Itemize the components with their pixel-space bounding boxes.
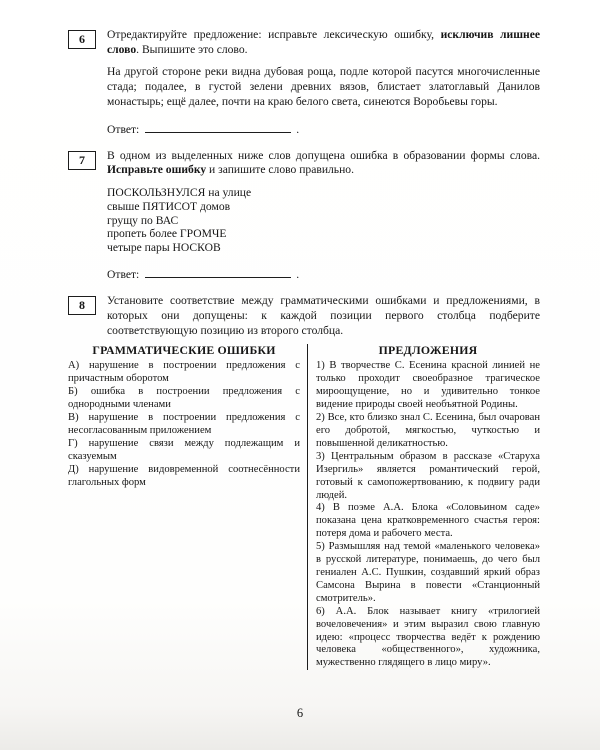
task-6-body: Отредактируйте предложение: исправьте ле…	[107, 28, 540, 136]
error-item-v: В) нарушение в построении предложения с …	[68, 412, 300, 438]
task-7-option-5: четыре пары НОСКОВ	[107, 241, 540, 255]
task-7-instruction-suffix: и запишите слово правильно.	[206, 163, 354, 176]
task-7-option-1: ПОСКОЛЬЗНУЛСЯ на улице	[107, 186, 540, 200]
grammar-errors-column: ГРАММАТИЧЕСКИЕ ОШИБКИ А) нарушение в пос…	[68, 344, 307, 671]
document-page: 6 Отредактируйте предложение: исправьте …	[0, 0, 600, 750]
task-7-option-3: грущу по ВАС	[107, 214, 540, 228]
task-8-number: 8	[79, 298, 85, 313]
task-6-sentence: На другой стороне реки видна дубовая рощ…	[107, 65, 540, 110]
task-8-matching-table: ГРАММАТИЧЕСКИЕ ОШИБКИ А) нарушение в пос…	[68, 344, 540, 671]
error-item-a: А) нарушение в построении предложения с …	[68, 360, 300, 386]
column-header-sentences: ПРЕДЛОЖЕНИЯ	[316, 344, 540, 357]
error-item-g: Г) нарушение связи между подлежащим и ск…	[68, 438, 300, 464]
error-item-d: Д) нарушение видовременной соотнесённост…	[68, 464, 300, 490]
task-7-number: 7	[79, 153, 85, 168]
sentence-item-1: 1) В творчестве С. Есенина красной линие…	[316, 360, 540, 412]
task-8-number-box: 8	[68, 296, 96, 315]
task-6-number-box: 6	[68, 30, 96, 49]
error-item-b: Б) ошибка в построении предложения с одн…	[68, 386, 300, 412]
sentence-item-2: 2) Все, кто близко знал С. Есенина, был …	[316, 412, 540, 451]
task-8: 8 Установите соответствие между граммати…	[68, 294, 540, 339]
task-7-body: В одном из выделенных ниже слов допущена…	[107, 149, 540, 281]
task-7-answer-line: Ответ:.	[107, 266, 540, 281]
task-6-instruction-suffix: . Выпишите это слово.	[136, 43, 247, 56]
task-6-answer-line: Ответ:.	[107, 121, 540, 136]
task-7: 7 В одном из выделенных ниже слов допуще…	[68, 149, 540, 281]
sentence-item-5: 5) Размышляя над темой «маленького челов…	[316, 541, 540, 606]
task-7-answer-blank	[145, 266, 291, 278]
task-8-instruction: Установите соответствие между грамматиче…	[107, 294, 540, 339]
page-content: 6 Отредактируйте предложение: исправьте …	[68, 28, 540, 670]
task-6-instruction: Отредактируйте предложение: исправьте ле…	[107, 28, 540, 58]
sentence-item-4: 4) В поэме А.А. Блока «Соловьином саде» …	[316, 502, 540, 541]
task-7-option-4: пропеть более ГРОМЧЕ	[107, 227, 540, 241]
page-number: 6	[290, 706, 310, 721]
task-8-body: Установите соответствие между грамматиче…	[107, 294, 540, 339]
sentences-column: ПРЕДЛОЖЕНИЯ 1) В творчестве С. Есенина к…	[307, 344, 540, 671]
sentence-item-3: 3) Центральным образом в рассказе «Стару…	[316, 451, 540, 503]
task-7-option-2: свыше ПЯТИСОТ домов	[107, 200, 540, 214]
task-6-answer-period: .	[296, 123, 299, 136]
task-7-options: ПОСКОЛЬЗНУЛСЯ на улице свыше ПЯТИСОТ дом…	[107, 186, 540, 255]
task-6-answer-label: Ответ:	[107, 123, 139, 136]
task-7-answer-period: .	[296, 268, 299, 281]
task-6-instruction-prefix: Отредактируйте предложение: исправьте ле…	[107, 28, 441, 41]
task-7-instruction: В одном из выделенных ниже слов допущена…	[107, 149, 540, 179]
task-6-number: 6	[79, 32, 85, 47]
task-7-instruction-bold: Исправьте ошибку	[107, 163, 206, 176]
task-6: 6 Отредактируйте предложение: исправьте …	[68, 28, 540, 136]
task-7-instruction-prefix: В одном из выделенных ниже слов допущена…	[107, 149, 540, 162]
task-7-number-box: 7	[68, 151, 96, 170]
task-6-answer-blank	[145, 121, 291, 133]
column-header-errors: ГРАММАТИЧЕСКИЕ ОШИБКИ	[68, 344, 300, 357]
sentence-item-6: 6) А.А. Блок называет книгу «трилогией в…	[316, 606, 540, 671]
task-7-answer-label: Ответ:	[107, 268, 139, 281]
